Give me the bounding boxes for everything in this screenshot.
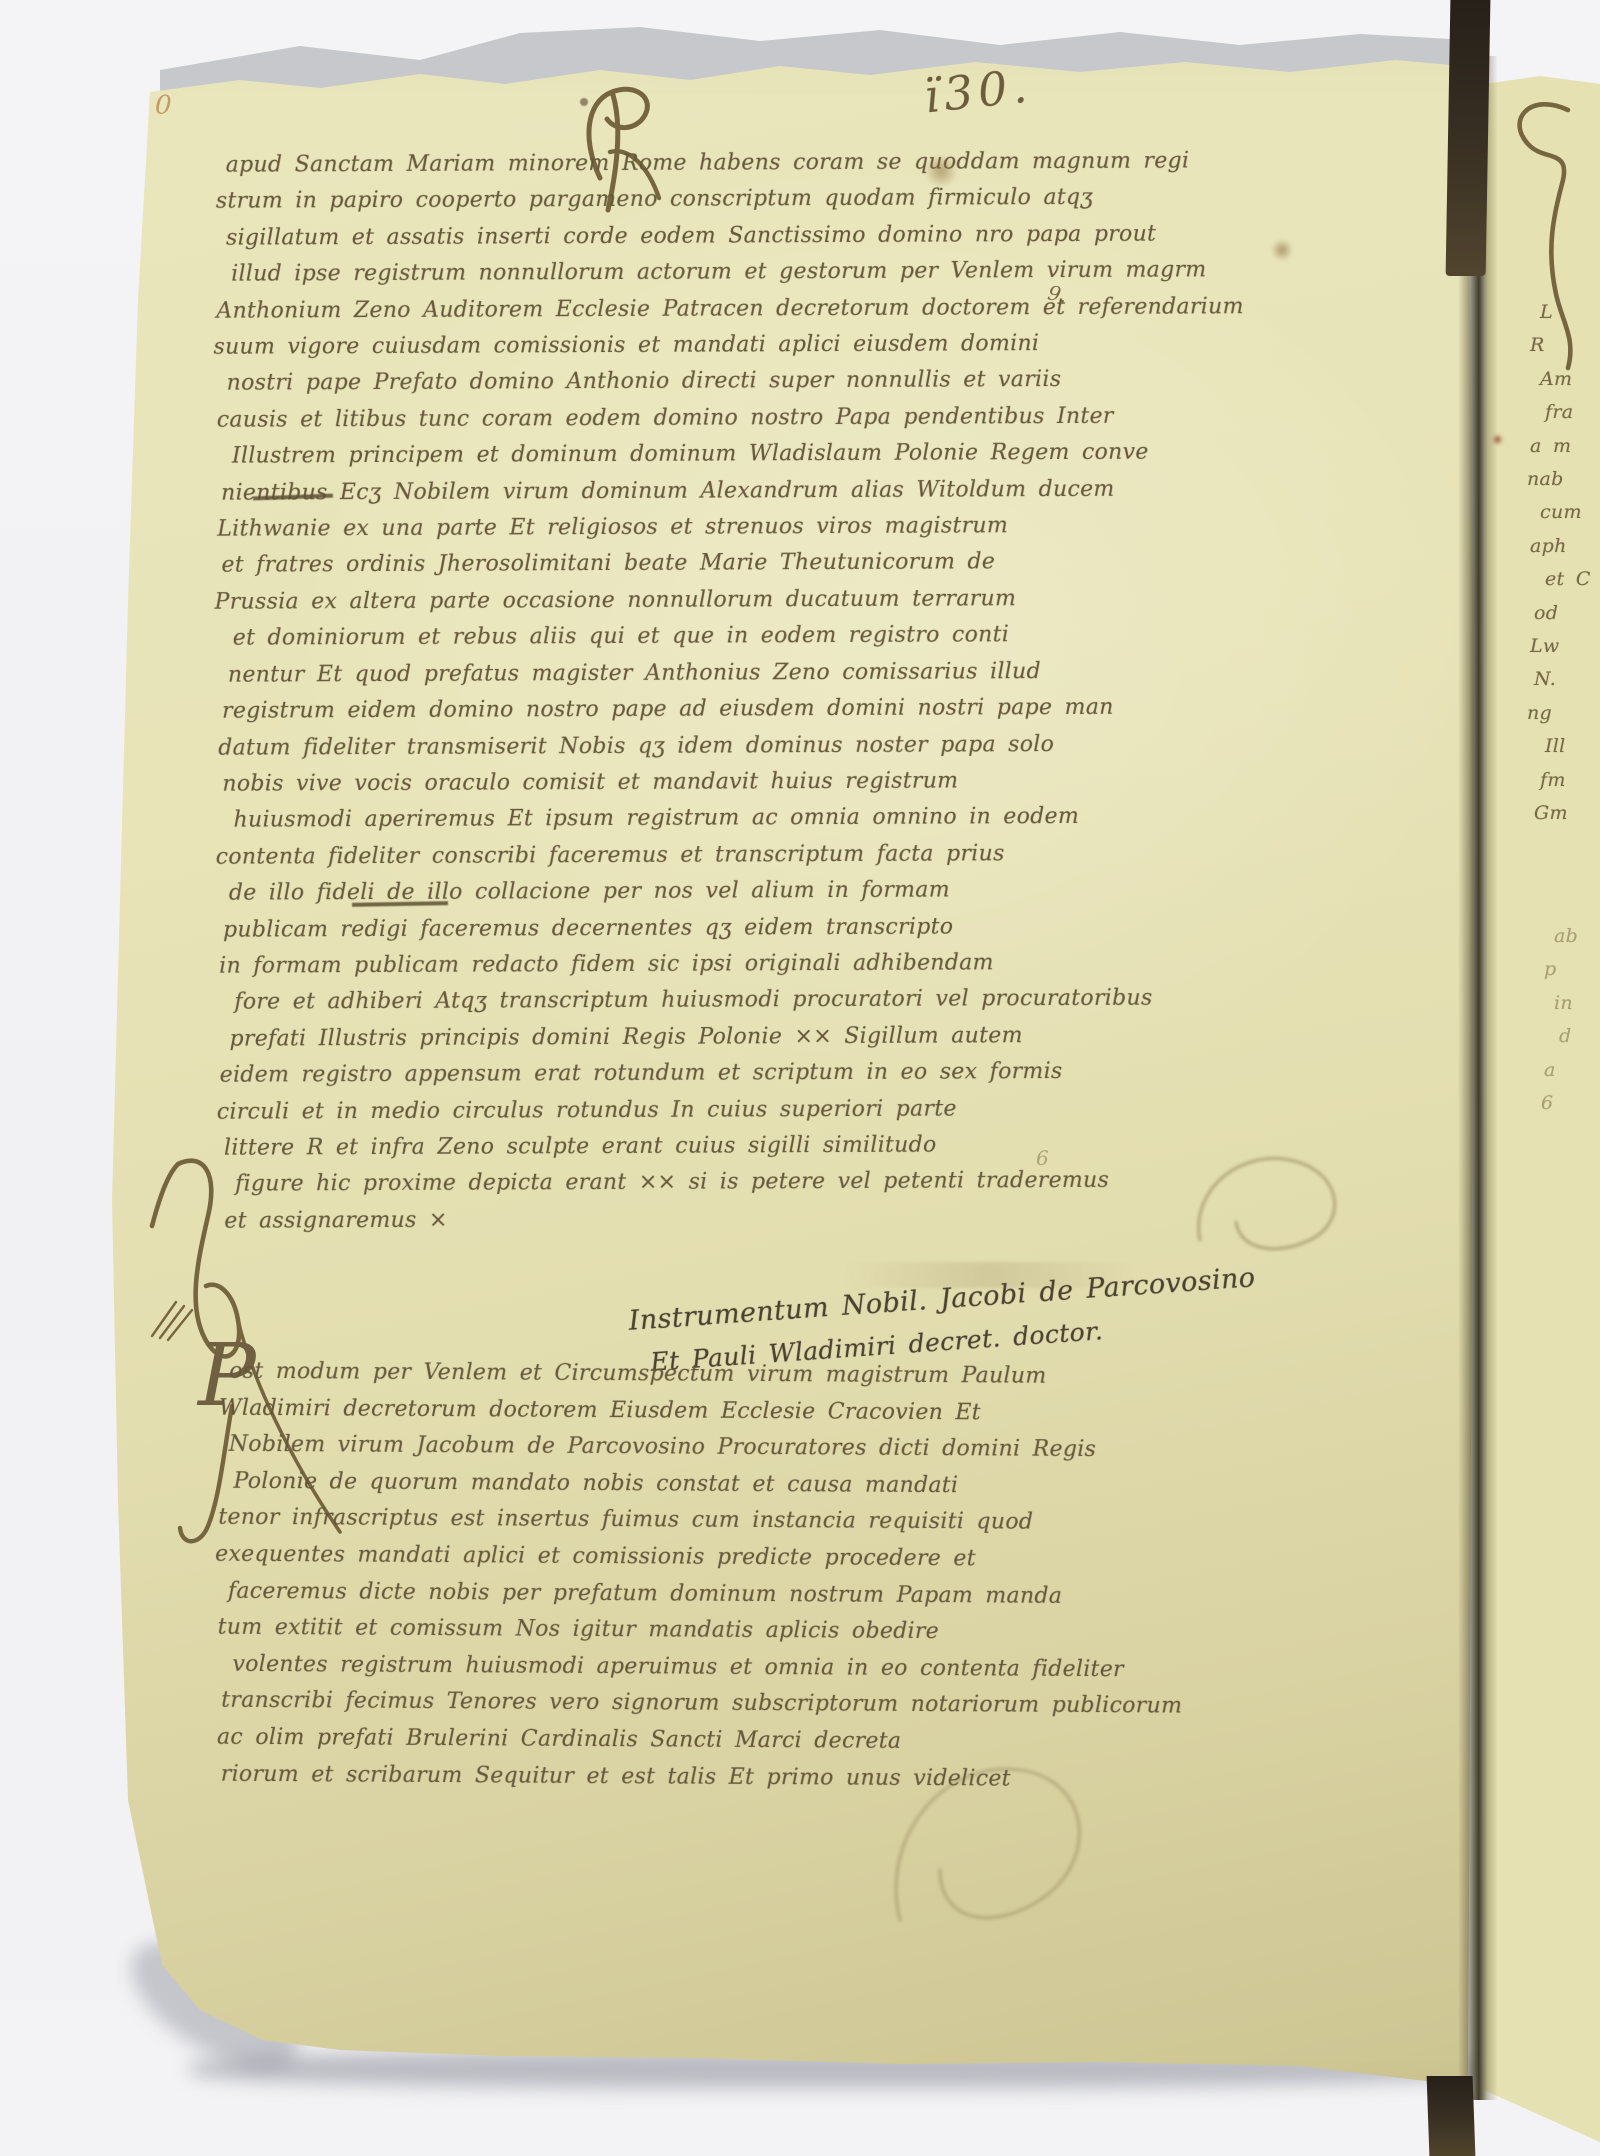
hatch-marks [146, 1296, 202, 1342]
manuscript-line: huiusmodi aperiremus Et ipsum registrum … [233, 800, 982, 840]
fragment-line: a m [1530, 430, 1591, 463]
fragment-line: p [1544, 953, 1578, 986]
manuscript-line: Polonie de quorum mandato nobis constat … [233, 1464, 982, 1505]
fragment-line: in [1554, 987, 1578, 1020]
manuscript-line: Nobilem virum Jacobum de Parcovosino Pro… [229, 1427, 983, 1468]
manuscript-line: Prussia ex altera parte occasione nonnul… [215, 581, 982, 621]
ink-speck [100, 1988, 109, 1995]
manuscript-scan: 130 ï30. 9. 6 apud Sanctam Mariam minore… [0, 0, 1600, 2156]
manuscript-line: tenor infrascriptus est insertus fuimus … [218, 1500, 982, 1541]
manuscript-line: nientibus Ecʒ Nobilem virum dominum Alex… [221, 472, 981, 512]
manuscript-line: causis et litibus tunc coram eodem domin… [217, 399, 981, 439]
manuscript-line: fore et adhiberi Atqʒ transcriptum huius… [234, 982, 983, 1022]
fragment-line: ng [1527, 697, 1591, 730]
manuscript-line: volentes registrum huiusmodi aperuimus e… [232, 1646, 981, 1687]
manuscript-line: tum extitit et comissum Nos igitur manda… [218, 1610, 982, 1651]
manuscript-line: registrum eidem domino nostro pape ad ei… [222, 690, 982, 730]
fragment-line: od [1534, 597, 1591, 630]
manuscript-line: Illustrem principem et dominum dominum W… [232, 436, 981, 476]
fragment-line: ab [1554, 920, 1578, 953]
manuscript-line: de illo fideli de illo collacione per no… [229, 872, 983, 912]
main-page: 130 ï30. 9. 6 apud Sanctam Mariam minore… [0, 0, 1600, 2156]
fragment-line: d [1559, 1020, 1578, 1053]
manuscript-line: Wladimiri decretorum doctorem Eiusdem Ec… [219, 1390, 983, 1431]
manuscript-line: strum in papiro cooperto pargameno consc… [216, 181, 980, 221]
facing-page-line-ends: LRAmfraa mnabcumaphet CodLwN.ngIllfmGm [1534, 296, 1591, 831]
manuscript-line: exequentes mandati aplici et comissionis… [215, 1537, 982, 1578]
manuscript-line: Lithwanie ex una parte Et religiosos et … [217, 508, 981, 548]
text-block-1: apud Sanctam Mariam minorem Rome habens … [220, 144, 985, 1239]
manuscript-line: eidem registro appensum erat rotundum et… [220, 1054, 984, 1094]
manuscript-line: in formam publicam redacto fidem sic ips… [219, 945, 983, 985]
fragment-line: cum [1540, 496, 1591, 529]
fragment-line: Lw [1530, 630, 1591, 663]
fragment-line: fm [1540, 764, 1591, 797]
manuscript-line: transcribi fecimus Tenores vero signorum… [221, 1683, 981, 1724]
binding-ribbon-top [1446, 0, 1491, 276]
manuscript-line: apud Sanctam Mariam minorem Rome habens … [226, 144, 980, 184]
fragment-line: N. [1534, 663, 1591, 696]
fragment-line: et C [1545, 563, 1591, 596]
manuscript-line: suum vigore cuiusdam comissionis et mand… [213, 326, 980, 366]
manuscript-line: contenta fideliter conscribi faceremus e… [216, 836, 983, 876]
manuscript-line: illud ipse registrum nonnullorum actorum… [231, 254, 980, 294]
manuscript-line: prefati Illustris principis domini Regis… [229, 1018, 983, 1058]
stain [1270, 240, 1294, 260]
manuscript-line: et dominiorum et rebus aliis qui et que … [233, 618, 982, 658]
manuscript-line: sigillatum et assatis inserti corde eode… [226, 217, 980, 257]
header-folio-number: ï30. [921, 59, 1034, 124]
manuscript-line: nentur Et quod prefatus magister Anthoni… [228, 654, 982, 694]
fragment-line: aph [1530, 530, 1591, 563]
corner-folio-number: 130 [113, 89, 176, 121]
gutter-shadow [1458, 56, 1498, 2100]
facing-page-line-ends-lower: abpinda6 [1548, 920, 1578, 1120]
manuscript-line: ost modum per Venlem et Circumspectum vi… [229, 1354, 983, 1395]
manuscript-line: nobis vive vocis oraculo comisit et mand… [222, 763, 982, 803]
manuscript-line: datum fideliter transmiserit Nobis qʒ id… [218, 727, 982, 767]
fragment-line: Ill [1545, 730, 1591, 763]
fragment-line: a [1544, 1054, 1578, 1087]
margin-mark: 6 [1036, 1146, 1049, 1170]
binding-ribbon-bottom [1427, 2076, 1476, 2156]
manuscript-line: faceremus dicte nobis per prefatum domin… [228, 1573, 982, 1614]
stain [922, 156, 960, 186]
fragment-line: R [1530, 329, 1591, 362]
show-through-ghost [1180, 1130, 1370, 1280]
manuscript-line: publicam redigi faceremus decernentes qʒ… [223, 909, 983, 949]
fragment-line: Am [1540, 363, 1591, 396]
fragment-line: nab [1527, 463, 1591, 496]
fragment-line: Gm [1534, 797, 1591, 830]
show-through-ghost [860, 1720, 1120, 1980]
manuscript-line: circuli et in medio circulus rotundus In… [217, 1091, 984, 1131]
manuscript-line: nostri pape Prefato domino Anthonio dire… [227, 363, 981, 403]
fragment-line: fra [1545, 396, 1591, 429]
manuscript-line: et fratres ordinis Jherosolimitani beate… [221, 545, 981, 585]
fragment-line: L [1540, 296, 1591, 329]
ink-speck [580, 98, 588, 106]
fragment-line: 6 [1541, 1087, 1578, 1120]
manuscript-line: Anthonium Zeno Auditorem Ecclesie Patrac… [216, 290, 980, 330]
